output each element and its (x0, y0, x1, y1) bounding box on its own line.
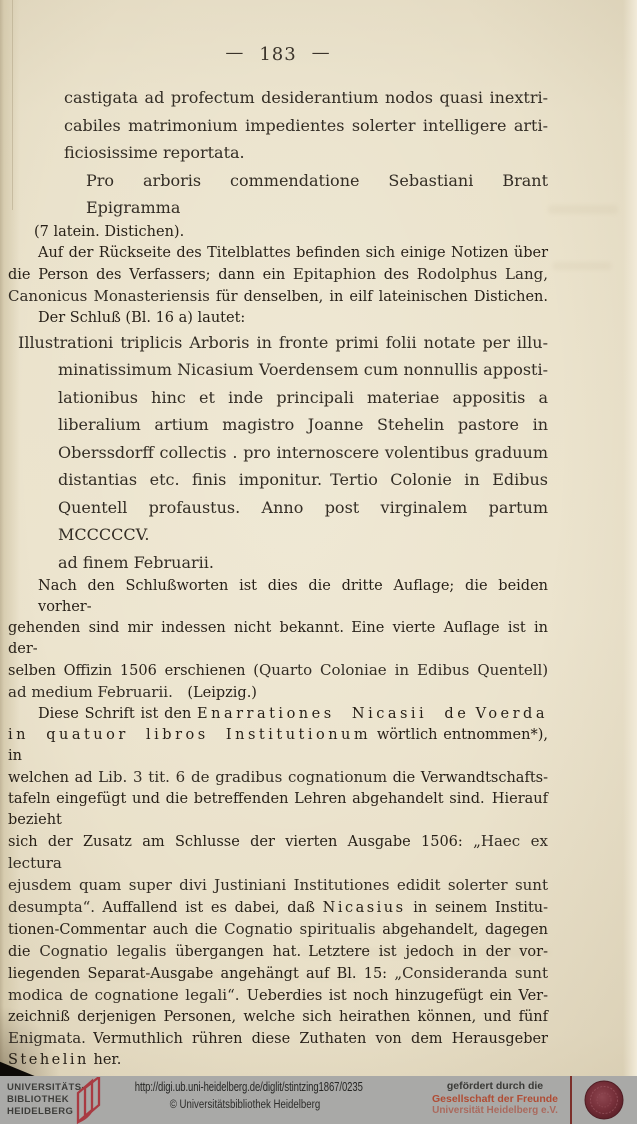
text-segment: desumpta“. (8, 898, 95, 916)
body-text: castigata ad profectum desiderantium nod… (8, 84, 548, 1071)
text-segment: ad finem Februarii. (58, 553, 214, 572)
text-line: ficiosissime reportata. (64, 139, 548, 167)
text-segment: welchen ad (8, 770, 98, 786)
text-line: sich der Zusatz am Schlusse der vierten … (8, 831, 548, 875)
page-header: —183— (8, 44, 548, 65)
text-line: zeichniß derjenigen Personen, welche sic… (8, 1007, 548, 1028)
text-segment: Enarrationes Nicasii de Voerda (197, 706, 548, 722)
text-line: Diese Schrift ist den Enarrationes Nicas… (38, 704, 548, 725)
text-segment: Quentell profaustus. Anno post virginale… (58, 498, 548, 545)
text-segment: die Person des Verfassers; dann ein (8, 267, 293, 283)
footer-center-block: http://digi.ub.uni-heidelberg.de/diglit/… (100, 1080, 390, 1111)
text-line: ad medium Februarii. (Leipzig.) (8, 682, 548, 704)
text-segment: abgehandelt, dagegen (376, 922, 548, 938)
viewer-footer-bar: UNIVERSITÄTS- BIBLIOTHEK HEIDELBERG http… (0, 1076, 637, 1124)
text-line: in quatuor libros Institutionum wörtlich… (8, 725, 548, 767)
text-segment: lationibus hinc et inde principali mater… (58, 388, 548, 407)
text-segment: in seinem Institu- (406, 900, 548, 916)
text-segment: selben Offizin 1506 erschienen ( (8, 663, 259, 679)
text-segment: für denselben, in eilf lateinischen Dist… (210, 289, 548, 305)
text-segment: Nach den Schlußworten ist dies die dritt… (38, 578, 548, 615)
page-number: 183 (259, 44, 296, 65)
text-segment: Der Schluß (Bl. 16 a) lautet: (38, 310, 245, 326)
text-line: (7 latein. Distichen). (34, 222, 548, 243)
text-segment: Diese Schrift ist den (38, 706, 197, 722)
text-segment: liegenden Separat-Ausgabe angehängt auf … (8, 966, 394, 982)
text-line: Stehelin her. (8, 1050, 548, 1071)
text-segment: Enigmata. (8, 1029, 86, 1047)
text-line: Oberssdorff collectis . pro internoscere… (58, 439, 548, 467)
text-segment: die (8, 944, 39, 960)
text-segment: cabiles matrimonium impedientes solerter… (64, 116, 548, 135)
text-line: Enigmata. Vermuthlich rühren diese Zutha… (8, 1028, 548, 1050)
text-line: modica de cognatione legali“. Ueberdies … (8, 985, 548, 1007)
text-line: welchen ad Lib. 3 tit. 6 de gradibus cog… (8, 767, 548, 789)
text-segment: Auffallend ist es dabei, daß (95, 900, 323, 916)
text-segment: des (376, 267, 417, 283)
text-segment: Vermuthlich rühren diese Zuthaten von de… (86, 1031, 548, 1047)
text-segment: (7 latein. Distichen). (34, 224, 184, 240)
text-segment: Auf der Rückseite des Titelblattes befin… (38, 245, 548, 261)
funding-credit: gefördert durch die Gesellschaft der Fre… (422, 1080, 568, 1118)
text-segment: Illustrationi triplicis Arboris in front… (18, 333, 548, 352)
funding-line: Gesellschaft der Freunde (422, 1093, 568, 1106)
text-line: gehenden sind mir indessen nicht bekannt… (8, 618, 548, 660)
text-line: Auf der Rückseite des Titelblattes befin… (38, 243, 548, 264)
copyright-text: © Universitätsbibliothek Heidelberg (123, 1099, 367, 1111)
text-segment: her. (89, 1052, 121, 1068)
page-right-edge-highlight (623, 0, 637, 1076)
text-segment: übergangen hat. Letztere ist jedoch in d… (166, 944, 548, 960)
text-line: Illustrationi triplicis Arboris in front… (18, 329, 548, 357)
bleedthrough-smudge (548, 205, 618, 214)
text-segment: Lib. 3 tit. 6 de gradibus cognationum (98, 768, 387, 786)
text-line: Pro arboris commendatione Sebastiani Bra… (86, 167, 548, 222)
text-line: minatissimum Nicasium Voerdensem cum non… (58, 356, 548, 384)
header-dash: — (225, 42, 244, 63)
text-segment: Oberssdorff collectis . pro internoscere… (58, 443, 548, 462)
text-line: lationibus hinc et inde principali mater… (58, 384, 548, 412)
text-segment: liberalium artium magistro Joanne Stehel… (58, 415, 548, 434)
header-dash: — (312, 42, 331, 63)
text-segment: in quatuor libros Institutionum (8, 727, 371, 743)
text-line: ejusdem quam super divi Justiniani Insti… (8, 875, 548, 897)
text-segment: modica de cognatione legali“. (8, 986, 240, 1004)
text-line: selben Offizin 1506 erschienen (Quarto C… (8, 660, 548, 682)
text-line: ad finem Februarii. (58, 549, 548, 577)
text-segment: Cognatio legalis (39, 942, 166, 960)
text-segment: Nicasius (323, 900, 406, 916)
text-segment: ficiosissime reportata. (64, 143, 245, 162)
text-segment: Rodolphus Lang, (417, 265, 548, 283)
text-segment: ) (542, 663, 548, 679)
text-segment: Canonicus Monasteriensis (8, 287, 210, 305)
page-text-column: castigata ad profectum desiderantium nod… (8, 84, 548, 1114)
text-line: distantias etc. finis imponitur. Tertio … (58, 466, 548, 494)
text-line: Canonicus Monasteriensis für denselben, … (8, 286, 548, 308)
text-line: cabiles matrimonium impedientes solerter… (64, 112, 548, 140)
text-line: liberalium artium magistro Joanne Stehel… (58, 411, 548, 439)
text-line: tionen-Commentar auch die Cognatio spiri… (8, 919, 548, 941)
bleedthrough-smudge (552, 262, 612, 270)
text-line: liegenden Separat-Ausgabe angehängt auf … (8, 963, 548, 985)
text-line: die Person des Verfassers; dann ein Epit… (8, 264, 548, 286)
funding-line: Universität Heidelberg e.V. (422, 1105, 568, 1118)
text-segment: distantias etc. finis imponitur. Tertio … (58, 470, 548, 489)
text-segment: Ueberdies ist noch hinzugefügt ein Ver- (240, 988, 548, 1004)
text-segment: tafeln eingefügt und die betreffenden Le… (8, 791, 548, 828)
text-segment: ad medium Februarii. (8, 683, 173, 701)
funding-line: gefördert durch die (422, 1080, 568, 1093)
text-line: tafeln eingefügt und die betreffenden Le… (8, 789, 548, 831)
text-segment: tionen-Commentar auch die (8, 922, 224, 938)
text-segment: gehenden sind mir indessen nicht bekannt… (8, 620, 548, 657)
text-line: desumpta“. Auffallend ist es dabei, daß … (8, 897, 548, 919)
university-seal-icon (584, 1080, 624, 1124)
text-segment: (Leipzig.) (173, 685, 257, 701)
text-segment: die Verwandtschafts- (387, 770, 548, 786)
text-segment: Stehelin (8, 1052, 89, 1068)
document-url-link[interactable]: http://digi.ub.uni-heidelberg.de/diglit/… (135, 1080, 355, 1094)
text-segment: Pro arboris commendatione Sebastiani Bra… (86, 171, 548, 218)
text-segment: minatissimum Nicasium Voerdensem cum non… (58, 360, 548, 379)
text-line: Nach den Schlußworten ist dies die dritt… (38, 576, 548, 618)
text-segment: ejusdem quam super divi Justiniani Insti… (8, 876, 548, 894)
footer-divider (570, 1076, 572, 1124)
text-segment: Epitaphion (293, 265, 376, 283)
text-line: die Cognatio legalis übergangen hat. Let… (8, 941, 548, 963)
text-segment: sich der Zusatz am Schlusse der vierten … (8, 834, 473, 850)
text-segment: Cognatio spiritualis (224, 920, 375, 938)
text-segment: zeichniß derjenigen Personen, welche sic… (8, 1009, 548, 1025)
text-line: Quentell profaustus. Anno post virginale… (58, 494, 548, 549)
text-segment: Quarto Coloniae in Edibus Quentell (259, 661, 542, 679)
text-line: Der Schluß (Bl. 16 a) lautet: (38, 308, 548, 329)
text-line: castigata ad profectum desiderantium nod… (64, 84, 548, 112)
text-segment: „Consideranda sunt (394, 964, 548, 982)
text-segment: castigata ad profectum desiderantium nod… (64, 88, 548, 107)
